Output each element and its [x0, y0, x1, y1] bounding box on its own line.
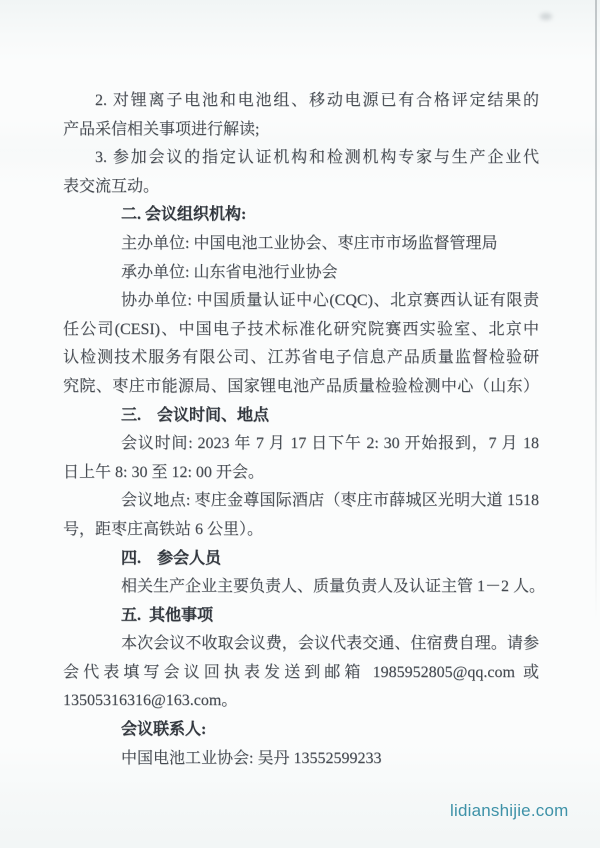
text-line-email-1: 会代表填写会议回执表发送到邮箱 1985952805@qq.com 或 [63, 659, 539, 688]
text-line: 产品采信相关事项进行解读; [63, 116, 539, 145]
text-line-meeting-place: 会议地点: 枣庄金尊国际酒店（枣庄市薛城区光明大道 1518 [63, 487, 539, 516]
section-heading-4-attendees: 四. 参会人员 [63, 545, 539, 574]
text-line-fees: 本次会议不收取会议费，会议代表交通、住宿费自理。请参 [63, 630, 539, 659]
text-line-item-3: 3. 参加会议的指定认证机构和检测机构专家与生产企业代 [63, 144, 539, 173]
text-line-contact-info: 中国电池工业协会: 吴丹 13552599233 [63, 745, 539, 774]
text-line: 日上午 8: 30 至 12: 00 开会。 [63, 459, 539, 488]
scan-page-edge-line [595, 0, 597, 620]
text-line-organizer-unit: 承办单位: 山东省电池行业协会 [63, 259, 539, 288]
text-line-email-2: 13505316316@163.com。 [63, 687, 539, 716]
text-line: 号，距枣庄高铁站 6 公里）。 [63, 516, 539, 545]
text-line: 认检测技术服务有限公司、江苏省电子信息产品质量监督检验研 [63, 344, 539, 373]
document-body: 2. 对锂离子电池和电池组、移动电源已有合格评定结果的 产品采信相关事项进行解读… [63, 87, 539, 773]
text-line-co-organizer: 协办单位: 中国质量认证中心(CQC)、北京赛西认证有限责 [63, 287, 539, 316]
scan-smudge-artifact [540, 13, 552, 20]
scanned-document-page: 2. 对锂离子电池和电池组、移动电源已有合格评定结果的 产品采信相关事项进行解读… [0, 0, 600, 848]
text-line: 究院、枣庄市能源局、国家锂电池产品质量检验检测中心（山东） [63, 373, 539, 402]
text-line-item-2: 2. 对锂离子电池和电池组、移动电源已有合格评定结果的 [63, 87, 539, 116]
section-heading-3-time-place: 三. 会议时间、地点 [63, 402, 539, 431]
text-line-host-unit: 主办单位: 中国电池工业协会、枣庄市市场监督管理局 [63, 230, 539, 259]
watermark-text: lidianshijie.com [450, 801, 568, 821]
heading-contact-person: 会议联系人: [63, 716, 539, 745]
text-line-meeting-time: 会议时间: 2023 年 7 月 17 日下午 2: 30 开始报到，7 月 1… [63, 430, 539, 459]
section-heading-5-other: 五. 其他事项 [63, 602, 539, 631]
section-heading-2-organizers: 二. 会议组织机构: [63, 201, 539, 230]
text-line: 表交流互动。 [63, 173, 539, 202]
text-line-attendees: 相关生产企业主要负责人、质量负责人及认证主管 1－2 人。 [63, 573, 539, 602]
text-line: 任公司(CESI)、中国电子技术标准化研究院赛西实验室、北京中 [63, 316, 539, 345]
